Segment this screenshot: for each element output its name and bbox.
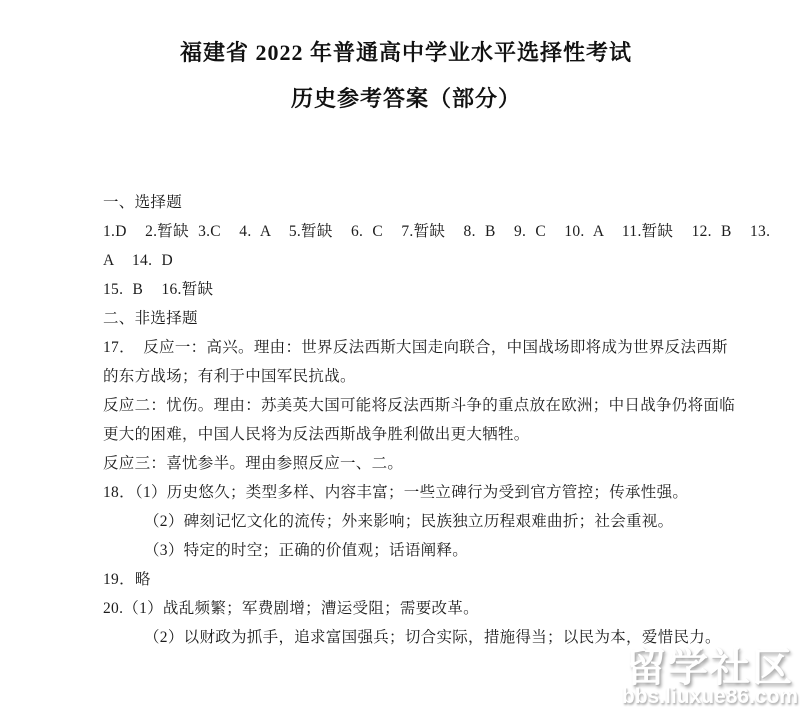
document-title-line1: 福建省 2022 年普通高中学业水平选择性考试	[0, 38, 812, 68]
document-body: 一、选择题 1.D 2.暂缺 3.C 4. A 5.暂缺 6. C 7.暂缺 8…	[103, 188, 713, 652]
answer-20-part-1: 20.（1）战乱频繁；军费剧增；漕运受阻；需要改革。	[103, 594, 713, 623]
section-heading-multiple-choice: 一、选择题	[103, 188, 713, 217]
watermark-site-url: bbs.liuxue86.com	[610, 686, 810, 708]
document-title-block: 福建省 2022 年普通高中学业水平选择性考试 历史参考答案（部分）	[0, 0, 812, 114]
answer-17-line-1: 17． 反应一：高兴。理由：世界反法西斯大国走向联合，中国战场即将成为世界反法西…	[103, 333, 713, 362]
answer-17-line-5: 反应三：喜忧参半。理由参照反应一、二。	[103, 449, 713, 478]
answer-20-part-2: （2）以财政为抓手，追求富国强兵；切合实际，措施得当；以民为本，爱惜民力。	[103, 623, 713, 652]
answer-18-part-3: （3）特定的时空；正确的价值观；话语阐释。	[103, 536, 713, 565]
document-page: 福建省 2022 年普通高中学业水平选择性考试 历史参考答案（部分） 一、选择题…	[0, 0, 812, 716]
answer-18-part-1: 18．（1）历史悠久；类型多样、内容丰富；一些立碑行为受到官方管控；传承性强。	[103, 478, 713, 507]
answer-17-line-2: 的东方战场；有利于中国军民抗战。	[103, 362, 713, 391]
answer-17-line-3: 反应二：忧伤。理由：苏美英大国可能将反法西斯斗争的重点放在欧洲；中日战争仍将面临	[103, 391, 713, 420]
watermark-site-name: 留学社区	[610, 648, 810, 688]
answer-17-line-4: 更大的困难，中国人民将为反法西斯战争胜利做出更大牺牲。	[103, 420, 713, 449]
answers-line-1: 1.D 2.暂缺 3.C 4. A 5.暂缺 6. C 7.暂缺 8. B 9.…	[103, 217, 713, 246]
document-title-line2: 历史参考答案（部分）	[0, 84, 812, 114]
answers-line-3: 15. B 16.暂缺	[103, 275, 713, 304]
site-watermark: 留学社区 bbs.liuxue86.com	[610, 648, 810, 708]
answer-18-part-2: （2）碑刻记忆文化的流传；外来影响；民族独立历程艰难曲折；社会重视。	[103, 507, 713, 536]
answer-19: 19．略	[103, 565, 713, 594]
section-heading-non-multiple-choice: 二、非选择题	[103, 304, 713, 333]
answers-line-2: A 14. D	[103, 246, 713, 275]
